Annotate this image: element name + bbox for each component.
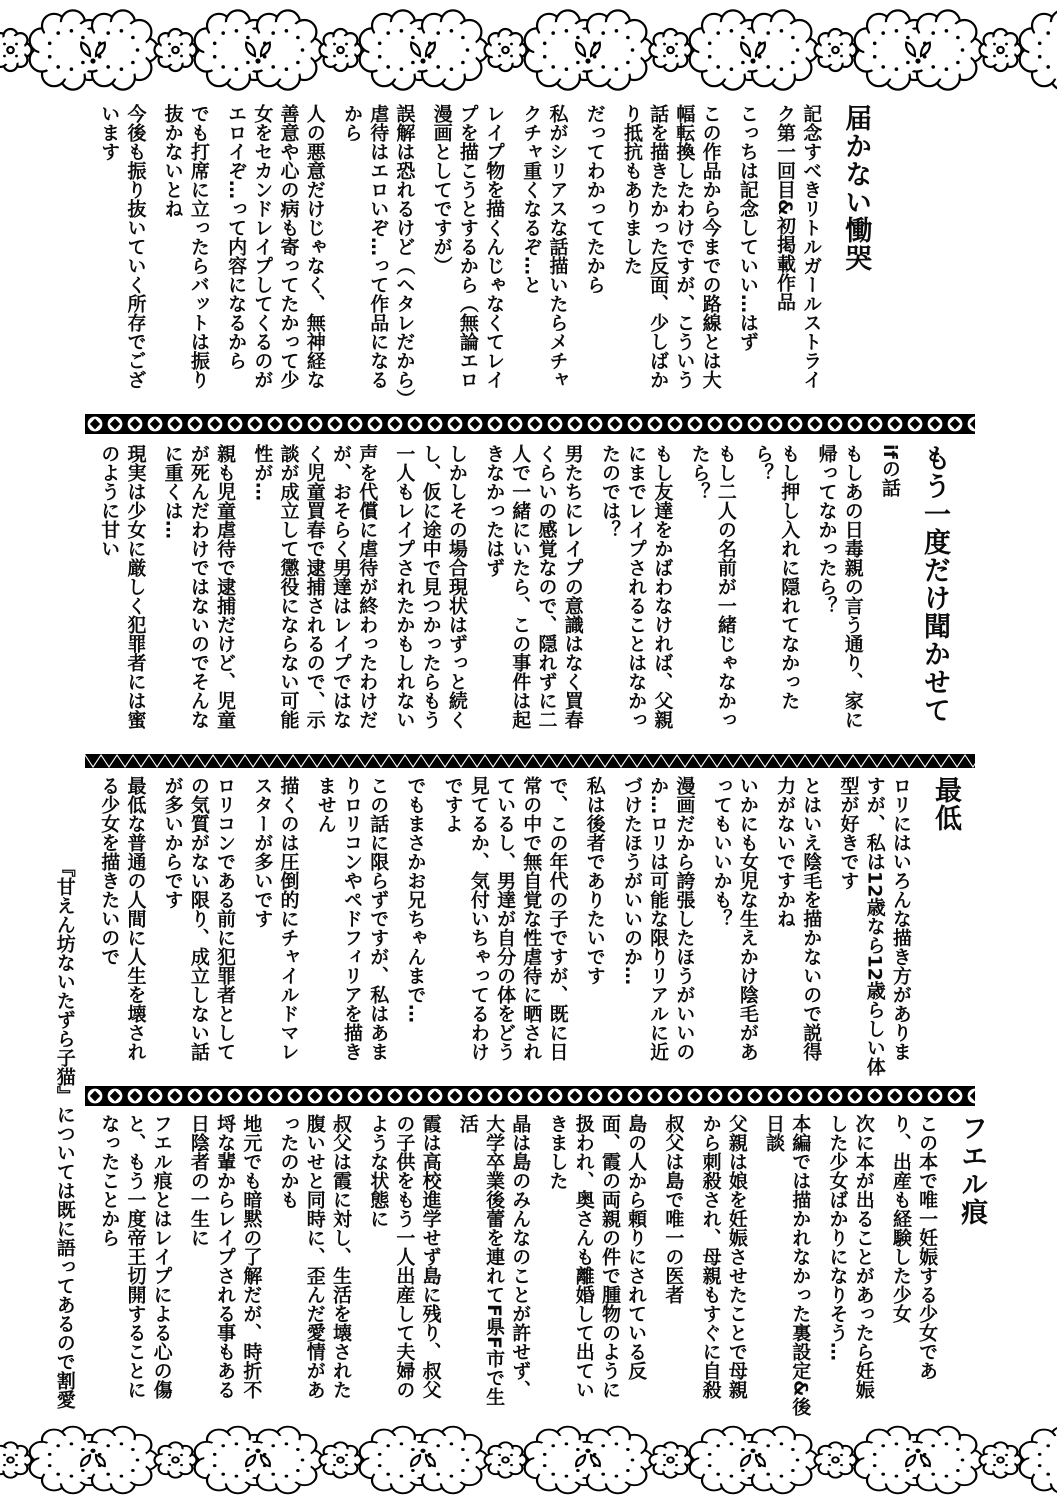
paragraph: 島の人から頼りにされている反面、霞の両親の件で腫物のように扱われ、奥さんも離婚し… bbox=[544, 1114, 649, 1416]
paragraph: ロリコンである前に犯罪者としての気質がない限り、成立しない話が多いからです bbox=[159, 776, 238, 1078]
afterword-page: 届かない慟哭 記念すべきリトルガールストライク第一回目&初掲載作品こっちは記念し… bbox=[0, 0, 1057, 1500]
paragraph: 今後も振り抜いていく所存でございます bbox=[96, 104, 148, 406]
divider-triangle-band bbox=[85, 754, 975, 768]
divider-diamond-band bbox=[85, 414, 975, 434]
section-fueru-ato: フエル痕 この本で唯一妊娠する少女であり、出産も経験した少女次に本が出ることがあ… bbox=[85, 1114, 987, 1416]
paragraph: 最低な普通の人間に人生を壊される少女を描きたいので bbox=[96, 776, 148, 1078]
divider-diamond-band bbox=[85, 1086, 975, 1106]
section-title: 最低 bbox=[930, 776, 961, 1078]
paragraph: この作品から今までの路線とは大幅転換したわけですが、こういう話を描きたかった反面… bbox=[619, 104, 724, 406]
paragraph: しかしその場合現状はずっと続くし、仮に途中で見つかったらもう一人もレイプされたか… bbox=[391, 444, 470, 746]
paragraph: こっちは記念していい…はず bbox=[735, 104, 761, 406]
section-title: もう一度だけ聞かせて bbox=[919, 444, 950, 746]
paragraph: 記念すべきリトルガールストライク第一回目&初掲載作品 bbox=[772, 104, 824, 406]
paragraph: とはいえ陰毛を描かないので説得力がないですかね bbox=[772, 776, 824, 1078]
paragraph: 晶は島のみんなのことが許せず、大学卒業後蕾を連れてF県F市で生活 bbox=[455, 1114, 534, 1416]
paragraph: 漫画だから誇張したほうがいいのか…ロリは可能な限りリアルに近づけたほうがいいのか… bbox=[619, 776, 698, 1078]
paragraph: 本編では描かれなかった裏設定&後日談 bbox=[761, 1114, 813, 1416]
paragraph: 誤解は恐れるけど（ヘタレだから）虐待はエロいぞ…って作品になるから bbox=[339, 104, 418, 406]
paragraph: 地元でも暗黙の了解だが、時折不埒な輩からレイプされる事もある日陰者の一生に bbox=[186, 1114, 265, 1416]
paragraph: 父親は娘を妊娠させたことで母親から刺殺され、母親もすぐに自殺 bbox=[697, 1114, 749, 1416]
paragraph: 描くのは圧倒的にチャイルドマレスターが多いです bbox=[249, 776, 301, 1078]
lace-border-bottom-wrap bbox=[0, 1418, 1057, 1500]
paragraph: この話に限らずですが、私はあまりロリコンやペドフィリアを描きません bbox=[313, 776, 392, 1078]
section-title: 届かない慟哭 bbox=[840, 104, 871, 406]
paragraph: でも打席に立ったらバットは振り抜かないとね bbox=[159, 104, 211, 406]
paragraph: 霞は高校進学せず島に残り、叔父の子供をもう一人出産して夫婦のような状態に bbox=[365, 1114, 444, 1416]
paragraph: レイプ物を描くんじゃなくてレイプを描こうとするから（無論エロ漫画としてですが） bbox=[428, 104, 507, 406]
margin-side-note: 『甘えん坊ないたずら子猫』については既に語ってあるので割愛 bbox=[52, 858, 77, 1416]
paragraph: だってわかってたから bbox=[582, 104, 608, 406]
paragraph: フエル痕とはレイプによる心の傷と、もう一度帝王切開することになったことから bbox=[96, 1114, 175, 1416]
paragraph: 叔父は島で唯一の医者 bbox=[660, 1114, 686, 1416]
paragraph: 現実は少女に厳しく犯罪者には蜜のように甘い bbox=[96, 444, 148, 746]
paragraph: 声を代償に虐待が終わったわけだが、おそらく男達はレイプではなく児童買春で逮捕され… bbox=[249, 444, 380, 746]
paragraph: 親も児童虐待で逮捕だけど、児童が死んだわけではないのでそんなに重くは… bbox=[159, 444, 238, 746]
paragraph: 男たちにレイプの意識はなく買春くらいの感覚なので、隠れずに二人で一緒にいたら、こ… bbox=[481, 444, 586, 746]
section-paragraphs: 記念すべきリトルガールストライク第一回目&初掲載作品こっちは記念していい…はずこ… bbox=[96, 104, 824, 406]
paragraph: 私は後者でありたいです bbox=[582, 776, 608, 1078]
paragraph: この本で唯一妊娠する少女であり、出産も経験した少女 bbox=[888, 1114, 940, 1416]
section-title: フエル痕 bbox=[956, 1114, 987, 1416]
paragraph: もしあの日毒親の言う通り、家に帰ってなかったら？ bbox=[813, 444, 865, 746]
lace-border-top bbox=[0, 0, 1057, 100]
paragraph: いかにも女児な生えかけ陰毛があってもいいかも？ bbox=[708, 776, 760, 1078]
paragraph: ifの話 bbox=[877, 444, 903, 746]
paragraph: ロリにはいろんな描き方がありますが、私は12歳なら12歳らしい体型が好きです bbox=[835, 776, 914, 1078]
paragraph: 次に本が出ることがあったら妊娠した少女ばかりになりそう… bbox=[824, 1114, 876, 1416]
paragraph: で、この年代の子ですが、既に日常の中で無自覚な性虐待に晒されているし、男達が自分… bbox=[439, 776, 570, 1078]
paragraph: もし友達をかばわなければ、父親にまでレイプされることはなかったのでは？ bbox=[597, 444, 676, 746]
section-saitei: 最低 ロリにはいろんな描き方がありますが、私は12歳なら12歳らしい体型が好きで… bbox=[85, 776, 961, 1078]
section-paragraphs: この本で唯一妊娠する少女であり、出産も経験した少女次に本が出ることがあったら妊娠… bbox=[96, 1114, 940, 1416]
paragraph: でもまさかお兄ちゃんまで… bbox=[402, 776, 428, 1078]
paragraph: もし押し入れに隠れてなかったら？ bbox=[750, 444, 802, 746]
section-paragraphs: ロリにはいろんな描き方がありますが、私は12歳なら12歳らしい体型が好きですとは… bbox=[96, 776, 914, 1078]
section-todokanai-doukoku: 届かない慟哭 記念すべきリトルガールストライク第一回目&初掲載作品こっちは記念し… bbox=[85, 104, 871, 406]
paragraph: 叔父は霞に対し、生活を壊された腹いせと同時に、歪んだ愛情があったのかも bbox=[275, 1114, 354, 1416]
section-paragraphs: ifの話もしあの日毒親の言う通り、家に帰ってなかったら？もし押し入れに隠れてなか… bbox=[96, 444, 903, 746]
paragraph: 人の悪意だけじゃなく、無神経な善意や心の病も寄ってたかって少女をセカンドレイプし… bbox=[223, 104, 328, 406]
paragraph: 私がシリアスな話描いたらメチャクチャ重くなるぞ…と bbox=[518, 104, 570, 406]
lace-border-bottom bbox=[0, 1418, 1057, 1500]
section-mou-ichido: もう一度だけ聞かせて ifの話もしあの日毒親の言う通り、家に帰ってなかったら？も… bbox=[85, 444, 950, 746]
paragraph: もし二人の名前が一緒じゃなかったら？ bbox=[686, 444, 738, 746]
